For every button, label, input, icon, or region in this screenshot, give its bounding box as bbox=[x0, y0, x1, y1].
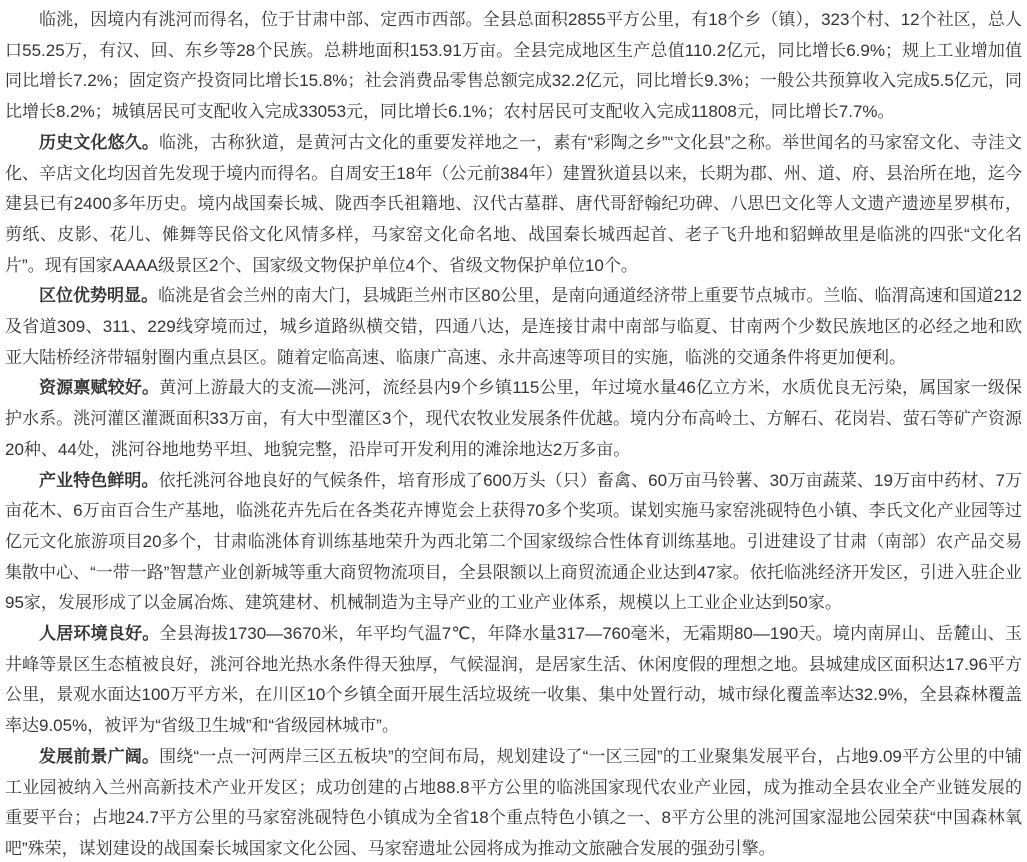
paragraph-heading: 历史文化悠久。 bbox=[39, 133, 159, 152]
paragraph-text: 临洮，因境内有洮河而得名，位于甘肃中部、定西市西部。全县总面积2855平方公里，… bbox=[5, 10, 1022, 121]
paragraph-heading: 发展前景广阔。 bbox=[39, 747, 159, 766]
paragraph-heading: 人居环境良好。 bbox=[39, 624, 160, 643]
paragraph-industry: 产业特色鲜明。依托洮河谷地良好的气候条件，培育形成了600万头（只）畜禽、60万… bbox=[5, 466, 1022, 620]
paragraph-heading: 资源禀赋较好。 bbox=[39, 378, 159, 397]
paragraph-history-culture: 历史文化悠久。临洮，古称狄道，是黄河古文化的重要发祥地之一，素有“彩陶之乡”“文… bbox=[5, 128, 1022, 282]
paragraph-overview: 临洮，因境内有洮河而得名，位于甘肃中部、定西市西部。全县总面积2855平方公里，… bbox=[5, 5, 1022, 128]
paragraph-heading: 产业特色鲜明。 bbox=[39, 471, 159, 490]
paragraph-living-environment: 人居环境良好。全县海拔1730—3670米，年平均气温7℃，年降水量317—76… bbox=[5, 619, 1022, 742]
paragraph-location-advantage: 区位优势明显。临洮是省会兰州的南大门，县城距兰州市区80公里，是南向通道经济带上… bbox=[5, 281, 1022, 373]
paragraph-resources: 资源禀赋较好。黄河上游最大的支流—洮河，流经县内9个乡镇115公里，年过境水量4… bbox=[5, 373, 1022, 465]
paragraph-text: 临洮，古称狄道，是黄河古文化的重要发祥地之一，素有“彩陶之乡”“文化县”之称。举… bbox=[5, 133, 1022, 275]
paragraph-development-prospects: 发展前景广阔。围绕“一点一河两岸三区五板块”的空间布局，规划建设了“一区三园”的… bbox=[5, 742, 1022, 862]
document: 临洮，因境内有洮河而得名，位于甘肃中部、定西市西部。全县总面积2855平方公里，… bbox=[0, 0, 1027, 862]
paragraph-text: 临洮是省会兰州的南大门，县城距兰州市区80公里，是南向通道经济带上重要节点城市。… bbox=[5, 286, 1022, 366]
paragraph-heading: 区位优势明显。 bbox=[39, 286, 158, 305]
paragraph-text: 依托洮河谷地良好的气候条件，培育形成了600万头（只）畜禽、60万亩马铃薯、30… bbox=[5, 471, 1022, 613]
